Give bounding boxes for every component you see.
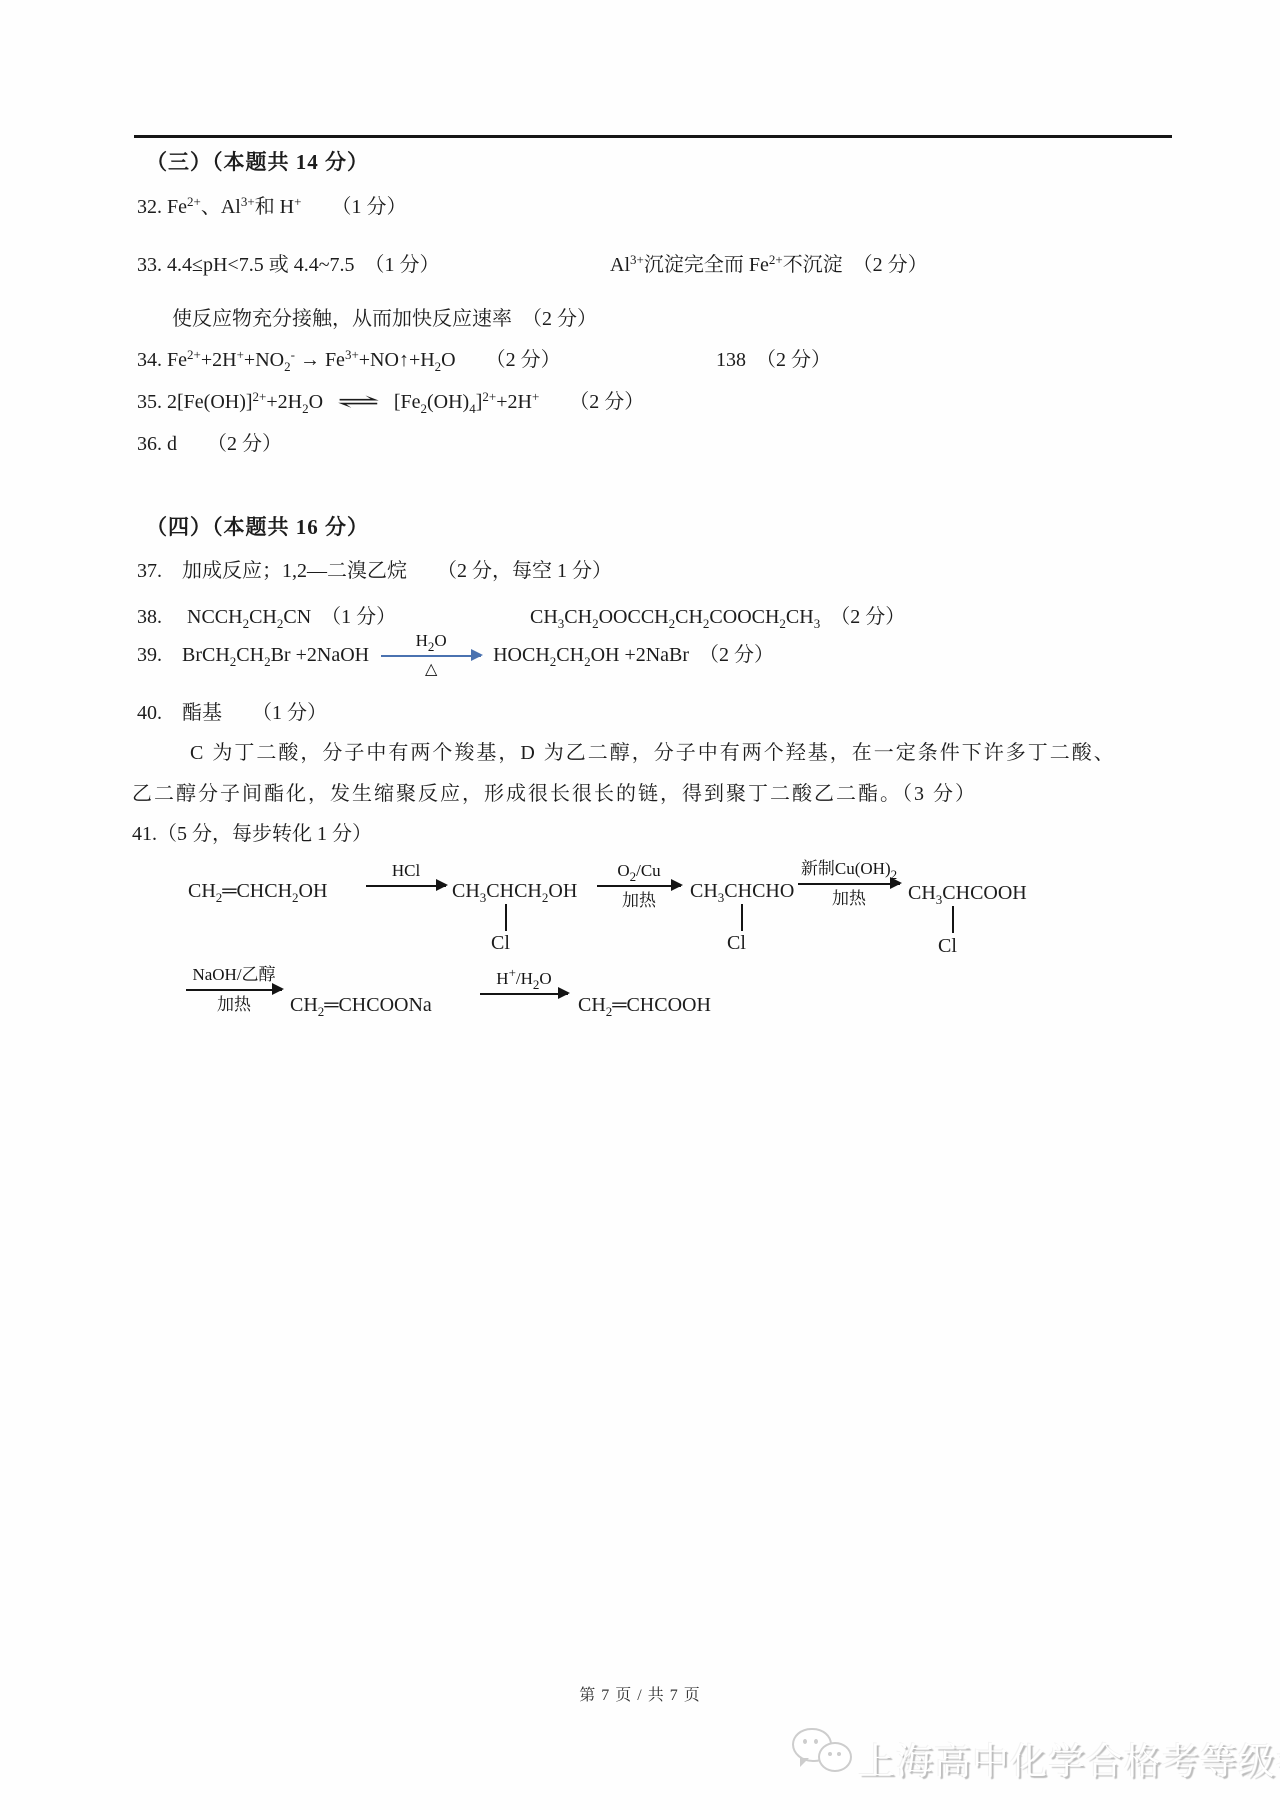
arrow-shaft: [597, 885, 681, 887]
bond-line: [741, 904, 743, 931]
watermark-text: 上海高中化学合格考等级考: [858, 1731, 1280, 1785]
molecule-chloropropanoic-acid: CH3CHCOOH: [908, 880, 1027, 906]
answer-40: 40. 酯基 （1 分）: [137, 700, 327, 726]
answer-33-note: 使反应物充分接触，从而加快反应速率 （2 分）: [172, 306, 597, 332]
answer-36: 36. d （2 分）: [137, 431, 282, 457]
molecule-chloropropanal: CH3CHCHO: [690, 878, 794, 904]
answer-34-number: 138 （2 分）: [716, 347, 831, 373]
molecule-sodium-acrylate: CH2═CHCOONa: [290, 992, 432, 1018]
arrow-condition-above: HCl: [392, 860, 420, 881]
wechat-icon: [792, 1726, 856, 1780]
bond-line: [505, 904, 507, 931]
bond-line: [952, 906, 954, 933]
molecule-acrylic-acid: CH2═CHCOOH: [578, 992, 711, 1018]
answer-35: 35. 2[Fe(OH)]2++2H2O ⇌ [Fe2(OH)4]2++2H+ …: [137, 389, 644, 415]
arrow-shaft: [798, 883, 900, 885]
substituent-cl: Cl: [491, 933, 510, 953]
substituent-cl: Cl: [938, 936, 957, 956]
reaction-arrow-1: HCl: [366, 860, 446, 890]
answer-37: 37. 加成反应；1,2—二溴乙烷 （2 分，每空 1 分）: [137, 558, 612, 584]
arrow-shaft: [381, 655, 481, 657]
arrow-condition-above: H+/H2O: [496, 968, 551, 989]
arrow-condition-below: △: [425, 660, 437, 680]
arrow-shaft: [186, 989, 282, 991]
answer-33-right: Al3+沉淀完全而 Fe2+不沉淀 （2 分）: [610, 252, 928, 278]
arrow-condition-above: O2/Cu: [617, 860, 660, 881]
arrow-shaft: [480, 993, 568, 995]
reaction-arrow-3: 新制Cu(OH)2 加热: [798, 858, 900, 910]
arrow-condition-above: 新制Cu(OH)2: [801, 858, 897, 879]
arrow-shaft: [366, 885, 446, 887]
answer-39: 39. BrCH2CH2Br +2NaOH H2O △ HOCH2CH2OH +…: [137, 630, 774, 680]
reaction-arrow-5: H+/H2O: [480, 968, 568, 998]
answer-40-note-line2: 乙二醇分子间酯化，发生缩聚反应，形成很长很长的链，得到聚丁二酸乙二酯。（3 分）: [132, 781, 977, 807]
arrow-condition-below: 加热: [622, 890, 656, 911]
answer-32: 32. Fe2+、Al3+和 H+ （1 分）: [137, 194, 406, 220]
arrow-condition-above: NaOH/乙醇: [192, 964, 275, 985]
top-rule: [134, 135, 1172, 138]
arrow-condition-above: H2O: [416, 630, 447, 651]
arrow-condition-below: 加热: [832, 888, 866, 909]
answer-40-note-line1: C 为丁二酸，分子中有两个羧基，D 为乙二醇，分子中有两个羟基，在一定条件下许多…: [190, 740, 1116, 766]
substituent-cl: Cl: [727, 933, 746, 953]
section3-heading: （三）（本题共 14 分）: [146, 149, 369, 176]
answer-41: 41.（5 分，每步转化 1 分）: [132, 821, 372, 847]
arrow-condition-below: 加热: [217, 994, 251, 1015]
answer-33-left: 33. 4.4≤pH<7.5 或 4.4~7.5 （1 分）: [137, 252, 440, 278]
molecule-allyl-alcohol: CH2═CHCH2OH: [188, 878, 327, 904]
answer-39-products: HOCH2CH2OH +2NaBr （2 分）: [493, 642, 774, 668]
answer-38-left: 38. NCCH2CH2CN （1 分）: [137, 604, 396, 630]
chat-bubble-tail: [800, 1758, 809, 1767]
answer-34-equation: 34. Fe2++2H++NO2- → Fe3++NO↑+H2O （2 分）: [137, 347, 561, 373]
reaction-arrow-39: H2O △: [381, 630, 481, 680]
chat-bubble-small: [818, 1742, 852, 1772]
answer-sheet-page: （三）（本题共 14 分） 32. Fe2+、Al3+和 H+ （1 分） 33…: [0, 0, 1280, 1810]
answer-38-right: CH3CH2OOCCH2CH2COOCH2CH3 （2 分）: [530, 604, 905, 630]
section4-heading: （四）（本题共 16 分）: [146, 514, 369, 541]
answer-39-reactants: 39. BrCH2CH2Br +2NaOH: [137, 642, 369, 668]
reaction-arrow-2: O2/Cu 加热: [597, 860, 681, 912]
molecule-chloropropanol: CH3CHCH2OH: [452, 878, 577, 904]
page-number: 第 7 页 / 共 7 页: [0, 1682, 1280, 1705]
reaction-arrow-4: NaOH/乙醇 加热: [186, 964, 282, 1016]
